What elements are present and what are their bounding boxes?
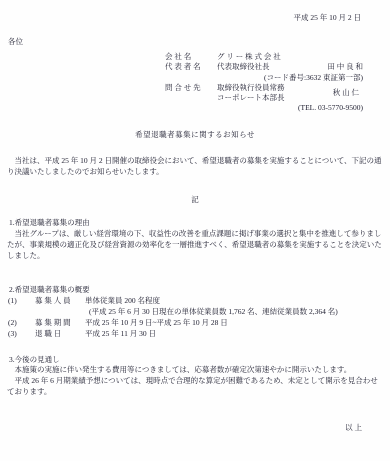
contact-title-line1: 取締役執行役員常務 xyxy=(217,83,285,93)
company-name-row: 会 社 名 グ リ ー 株 式 会 社 xyxy=(165,52,363,63)
contact-label: 問 合 せ 先 xyxy=(165,83,217,103)
sender-info-block: 会 社 名 グ リ ー 株 式 会 社 代 表 者 名 代表取締役社長 田 中 … xyxy=(165,52,363,114)
contact-title-line2: コーポレート本部長 xyxy=(217,93,285,103)
outlook-paragraph-2: 平成 26 年 6 月期業績予想については、現時点で合理的な算定が困難であるため… xyxy=(7,376,384,398)
representative-label: 代 表 者 名 xyxy=(165,62,217,73)
stock-code-spacer xyxy=(165,73,217,84)
record-mark: 記 xyxy=(0,195,390,206)
item-retirement-date: (3) 退 職 日 平成 25 年 11 月 30 日 xyxy=(8,329,384,340)
section-overview: 2.希望退職者募集の概要 (1) 募 集 人 員 単体従業員 200 名程度 (… xyxy=(7,285,384,340)
item-period-no: (2) xyxy=(8,318,35,329)
section-overview-heading: 2.希望退職者募集の概要 xyxy=(9,285,384,296)
section-outlook: 3.今後の見通し 本施策の実施に伴い発生する費用等につきましては、応募者数が確定… xyxy=(7,355,384,398)
overview-items: (1) 募 集 人 員 単体従業員 200 名程度 (平成 25 年 6 月 3… xyxy=(7,296,384,339)
item-headcount-no: (1) xyxy=(8,296,35,307)
item-headcount: (1) 募 集 人 員 単体従業員 200 名程度 xyxy=(8,296,384,307)
company-name-value: グ リ ー 株 式 会 社 xyxy=(217,52,363,63)
representative-title: 代表取締役社長 xyxy=(217,62,270,73)
item-period: (2) 募 集 期 間 平成 25 年 10 月 9 日~平成 25 年 10 … xyxy=(8,318,384,329)
intro-paragraph: 当社は、平成 25 年 10 月 2 日開催の取締役会において、希望退職者の募集… xyxy=(7,156,384,178)
tel-spacer xyxy=(165,103,217,114)
tel-row: (TEL. 03-5770-9500) xyxy=(165,103,363,114)
tel-line: (TEL. 03-5770-9500) xyxy=(217,103,363,114)
item-period-label: 募 集 期 間 xyxy=(35,318,85,329)
addressee: 各位 xyxy=(8,37,390,48)
item-retirement-date-no: (3) xyxy=(8,329,35,340)
item-retirement-date-label: 退 職 日 xyxy=(35,329,85,340)
representative-name: 田 中 良 和 xyxy=(327,62,363,73)
item-period-value: 平成 25 年 10 月 9 日~平成 25 年 10 月 28 日 xyxy=(85,318,384,329)
stock-code-row: (コード番号:3632 東証第一部) xyxy=(165,73,363,84)
contact-row: 問 合 せ 先 取締役執行役員常務 コーポレート本部長 秋 山 仁 xyxy=(165,83,363,103)
item-headcount-note: (平成 25 年 6 月 30 日現在の単体従業員数 1,762 名、連結従業員… xyxy=(89,307,384,318)
document-date: 平成 25 年 10 月 2 日 xyxy=(0,0,390,24)
section-reason-body: 当社グループは、厳しい経営環境の下、収益性の改善を重点課題に掲げ事業の選択と集中… xyxy=(7,229,384,261)
document-title: 希望退職者募集に関するお知らせ xyxy=(0,130,390,141)
representative-row: 代 表 者 名 代表取締役社長 田 中 良 和 xyxy=(165,62,363,73)
outlook-paragraph-1: 本施策の実施に伴い発生する費用等につきましては、応募者数が確定次第速やかに開示い… xyxy=(7,365,384,376)
contact-name: 秋 山 仁 xyxy=(333,88,363,99)
closing-mark: 以 上 xyxy=(0,423,362,434)
item-retirement-date-value: 平成 25 年 11 月 30 日 xyxy=(85,329,384,340)
item-headcount-value: 単体従業員 200 名程度 xyxy=(85,296,384,307)
company-name-label: 会 社 名 xyxy=(165,52,217,63)
contact-titles: 取締役執行役員常務 コーポレート本部長 xyxy=(217,83,285,103)
press-release-document: 平成 25 年 10 月 2 日 各位 会 社 名 グ リ ー 株 式 会 社 … xyxy=(0,0,390,461)
contact-value: 取締役執行役員常務 コーポレート本部長 秋 山 仁 xyxy=(217,83,363,103)
section-reason-heading: 1.希望退職者募集の理由 xyxy=(9,218,384,229)
section-outlook-heading: 3.今後の見通し xyxy=(9,355,384,366)
item-headcount-label: 募 集 人 員 xyxy=(35,296,85,307)
section-reason: 1.希望退職者募集の理由 当社グループは、厳しい経営環境の下、収益性の改善を重点… xyxy=(7,218,384,261)
section-outlook-body: 本施策の実施に伴い発生する費用等につきましては、応募者数が確定次第速やかに開示い… xyxy=(7,365,384,397)
representative-value: 代表取締役社長 田 中 良 和 xyxy=(217,62,363,73)
stock-code-line: (コード番号:3632 東証第一部) xyxy=(217,73,363,84)
